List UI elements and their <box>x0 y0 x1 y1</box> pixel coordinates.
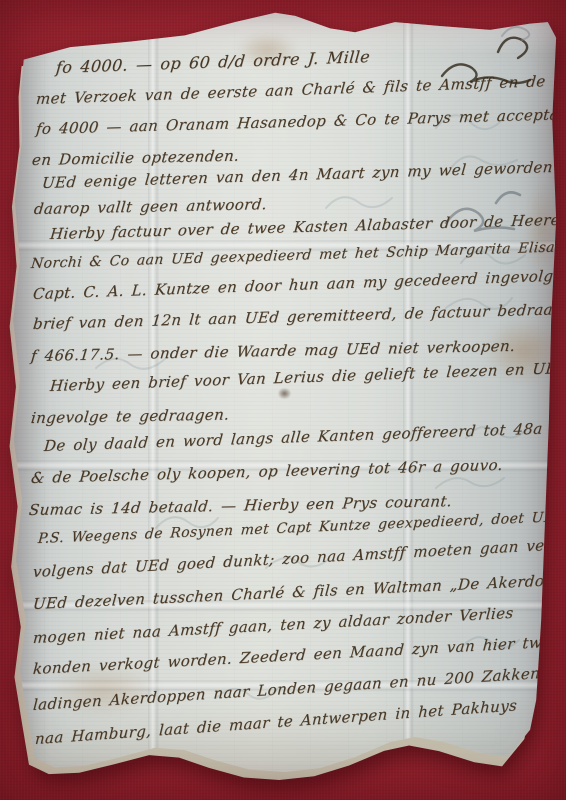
letter-paper: fo 4000. — op 60 d/d ordre J. Mille met … <box>6 8 560 790</box>
handwriting-line: Hierby een brief voor Van Lerius die gel… <box>49 361 566 394</box>
handwriting-line: Sumac is 14d betaald. — Hierby een Prys … <box>28 494 453 518</box>
handwriting-line: Hierby factuur over de twee Kasten Alaba… <box>49 212 566 242</box>
ink-spot <box>278 388 291 399</box>
handwriting-line: f 466.17.5. — onder die Waarde mag UEd n… <box>30 339 516 364</box>
handwriting-line: & de Poelsche oly koopen, op leevering t… <box>30 458 503 486</box>
photo-background: fo 4000. — op 60 d/d ordre J. Mille met … <box>0 0 566 800</box>
handwriting-line: met Verzoek van de eerste aan Charlé & f… <box>35 74 546 107</box>
handwriting-line: daarop vallt geen antwoord. <box>33 197 268 217</box>
handwriting-line: Capt. C. A. L. Kuntze en door hun aan my… <box>32 268 563 302</box>
handwriting-line: ingevolge te gedraagen. <box>30 408 230 426</box>
handwriting-line: Norchi & Co aan UEd geexpedieerd met het… <box>30 240 566 271</box>
handwriting-line: fo 4000. — op 60 d/d ordre J. Mille <box>55 49 370 76</box>
handwriting-line: en Domicilie optezenden. <box>31 149 240 168</box>
paper-shadow: fo 4000. — op 60 d/d ordre J. Mille met … <box>0 0 566 800</box>
handwriting-line: fo 4000 — aan Oranam Hasanedop & Co te P… <box>35 107 566 137</box>
handwriting-line: brief van den 12n lt aan UEd geremitteer… <box>32 302 566 332</box>
